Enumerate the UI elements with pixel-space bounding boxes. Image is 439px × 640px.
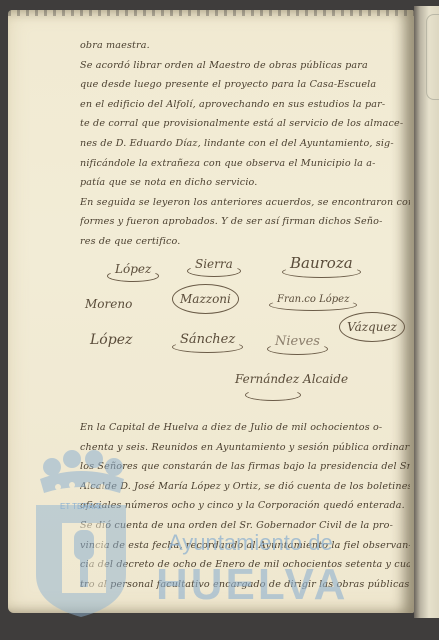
text-line: nes de D. Eduardo Díaz, lindante con el … bbox=[80, 134, 410, 154]
text-line: Se dió cuenta de una orden del Sr. Gober… bbox=[80, 516, 410, 536]
text-line: Alcalde D. José María López y Ortiz, se … bbox=[80, 477, 410, 497]
text-line: nificándole la extrañeza con que observa… bbox=[80, 154, 410, 174]
bottom-paragraph: En la Capital de Huelva a diez de Julio … bbox=[80, 418, 410, 594]
signature: López bbox=[90, 332, 132, 348]
text-line: res de que certifico. bbox=[80, 232, 410, 252]
signature: Fran.co López bbox=[277, 294, 349, 305]
signatures-block: López Sierra Bauroza Moreno Mazzoni Fran… bbox=[85, 252, 415, 412]
signature: Mazzoni bbox=[180, 292, 231, 306]
text-line: oficiales números ocho y cinco y la Corp… bbox=[80, 496, 410, 516]
text-line: los Señores que constarán de las firmas … bbox=[80, 457, 410, 477]
top-paragraph: obra maestra. Se acordó librar orden al … bbox=[80, 36, 410, 252]
text-line: en el edificio del Alfolí, aprovechando … bbox=[80, 95, 410, 115]
signature: Bauroza bbox=[290, 254, 353, 272]
text-line: tro al personal facultativo encargado de… bbox=[80, 575, 410, 595]
text-line: cia del decreto de ocho de Enero de mil … bbox=[80, 555, 410, 575]
signature-rubric: Rúbrica bbox=[253, 392, 293, 403]
text-line: obra maestra. bbox=[80, 36, 410, 56]
signature: Vázquez bbox=[347, 320, 397, 334]
signature: López bbox=[115, 262, 151, 276]
text-line: vincia de esta fecha, recordando al Ayun… bbox=[80, 536, 410, 556]
text-line: formes y fueron aprobados. Y de ser así … bbox=[80, 212, 410, 232]
text-line: En la Capital de Huelva a diez de Julio … bbox=[80, 418, 410, 438]
signature: Sierra bbox=[195, 257, 233, 271]
signature: Moreno bbox=[85, 297, 132, 311]
signature: Fernández Alcaide bbox=[235, 372, 348, 386]
signature: Sánchez bbox=[180, 332, 235, 347]
adjacent-page-stamp bbox=[426, 14, 439, 100]
text-line: patía que se nota en dicho servicio. bbox=[80, 173, 410, 193]
text-line: Se acordó librar orden al Maestro de obr… bbox=[80, 56, 410, 76]
signature: Nieves bbox=[275, 334, 320, 349]
text-line: que desde luego presente el proyecto par… bbox=[80, 75, 410, 95]
text-line: chenta y seis. Reunidos en Ayuntamiento … bbox=[80, 438, 410, 458]
text-line: te de corral que provisionalmente está a… bbox=[80, 114, 410, 134]
text-line: En seguida se leyeron los anteriores acu… bbox=[80, 193, 410, 213]
